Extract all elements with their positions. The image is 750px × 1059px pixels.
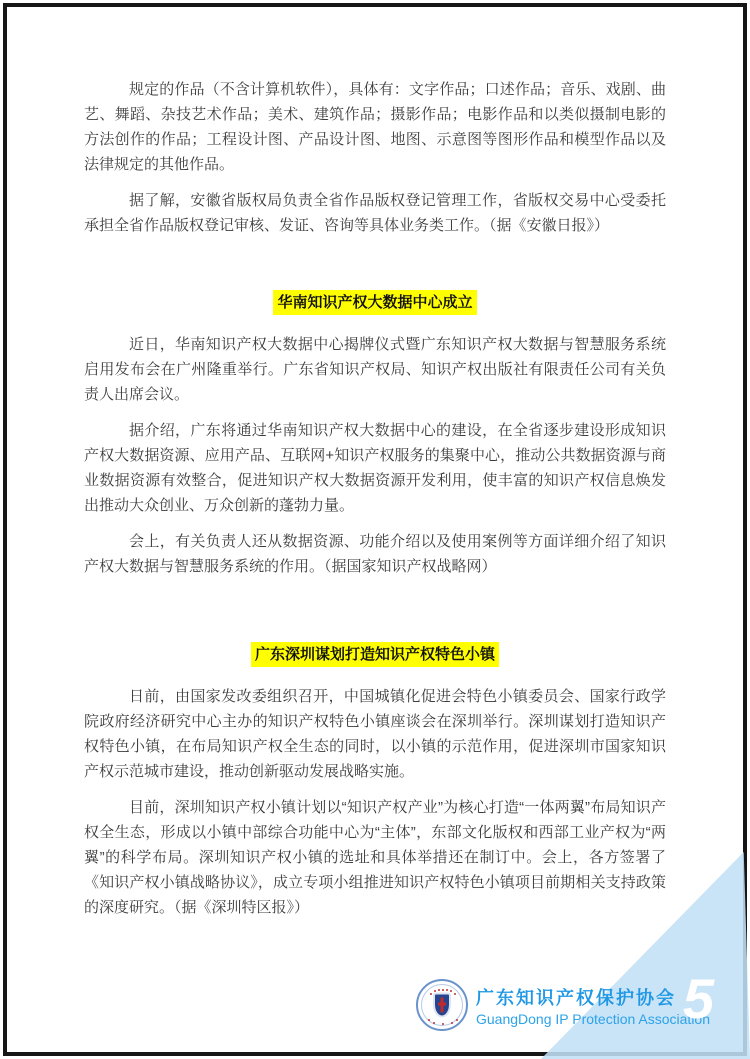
- footer: 广东知识产权保护协会 GuangDong IP Protection Assoc…: [416, 979, 710, 1031]
- document-paragraph: 据介绍，广东将通过华南知识产权大数据中心的建设，在全省逐步建设形成知识产权大数据…: [84, 418, 666, 518]
- organization-name-chinese: 广东知识产权保护协会: [476, 984, 710, 1010]
- page-number: 5: [683, 971, 714, 1027]
- section-heading-highlighted: 广东深圳谋划打造知识产权特色小镇: [251, 642, 499, 667]
- section-heading-row: 广东深圳谋划打造知识产权特色小镇: [84, 642, 666, 667]
- page-content: 规定的作品（不含计算机软件），具体有：文字作品；口述作品；音乐、戏剧、曲艺、舞蹈…: [84, 0, 666, 931]
- emblem-red-mark: [438, 1003, 446, 1006]
- section-shenzhen-ip-town: 广东深圳谋划打造知识产权特色小镇 日前，由国家发改委组织召开，中国城镇化促进会特…: [84, 642, 666, 920]
- emblem-shield-icon: [433, 993, 451, 1018]
- document-paragraph: 规定的作品（不含计算机软件），具体有：文字作品；口述作品；音乐、戏剧、曲艺、舞蹈…: [84, 77, 666, 177]
- document-paragraph: 会上，有关负责人还从数据资源、功能介绍以及使用案例等方面详细介绍了知识产权大数据…: [84, 529, 666, 579]
- emblem-arc-text-dots: [442, 989, 444, 991]
- organization-name-english: GuangDong IP Protection Association: [476, 1011, 710, 1027]
- document-paragraph: 目前，深圳知识产权小镇计划以“知识产权产业”为核心打造“一体两翼”布局知识产权全…: [84, 795, 666, 920]
- organization-name-block: 广东知识产权保护协会 GuangDong IP Protection Assoc…: [476, 984, 710, 1027]
- document-paragraph: 近日，华南知识产权大数据中心揭牌仪式暨广东知识产权大数据与智慧服务系统启用发布会…: [84, 332, 666, 407]
- document-paragraph: 据了解，安徽省版权局负责全省作品版权登记管理工作，省版权交易中心受委托承担全省作…: [84, 188, 666, 238]
- document-paragraph: 日前，由国家发改委组织召开，中国城镇化促进会特色小镇委员会、国家行政学院政府经济…: [84, 684, 666, 784]
- association-emblem-icon: [416, 979, 468, 1031]
- section-heading-row: 华南知识产权大数据中心成立: [84, 290, 666, 315]
- document-page: 规定的作品（不含计算机软件），具体有：文字作品；口述作品；音乐、戏剧、曲艺、舞蹈…: [0, 0, 750, 1059]
- section-south-china-data-center: 华南知识产权大数据中心成立 近日，华南知识产权大数据中心揭牌仪式暨广东知识产权大…: [84, 290, 666, 579]
- section-heading-highlighted: 华南知识产权大数据中心成立: [273, 290, 476, 315]
